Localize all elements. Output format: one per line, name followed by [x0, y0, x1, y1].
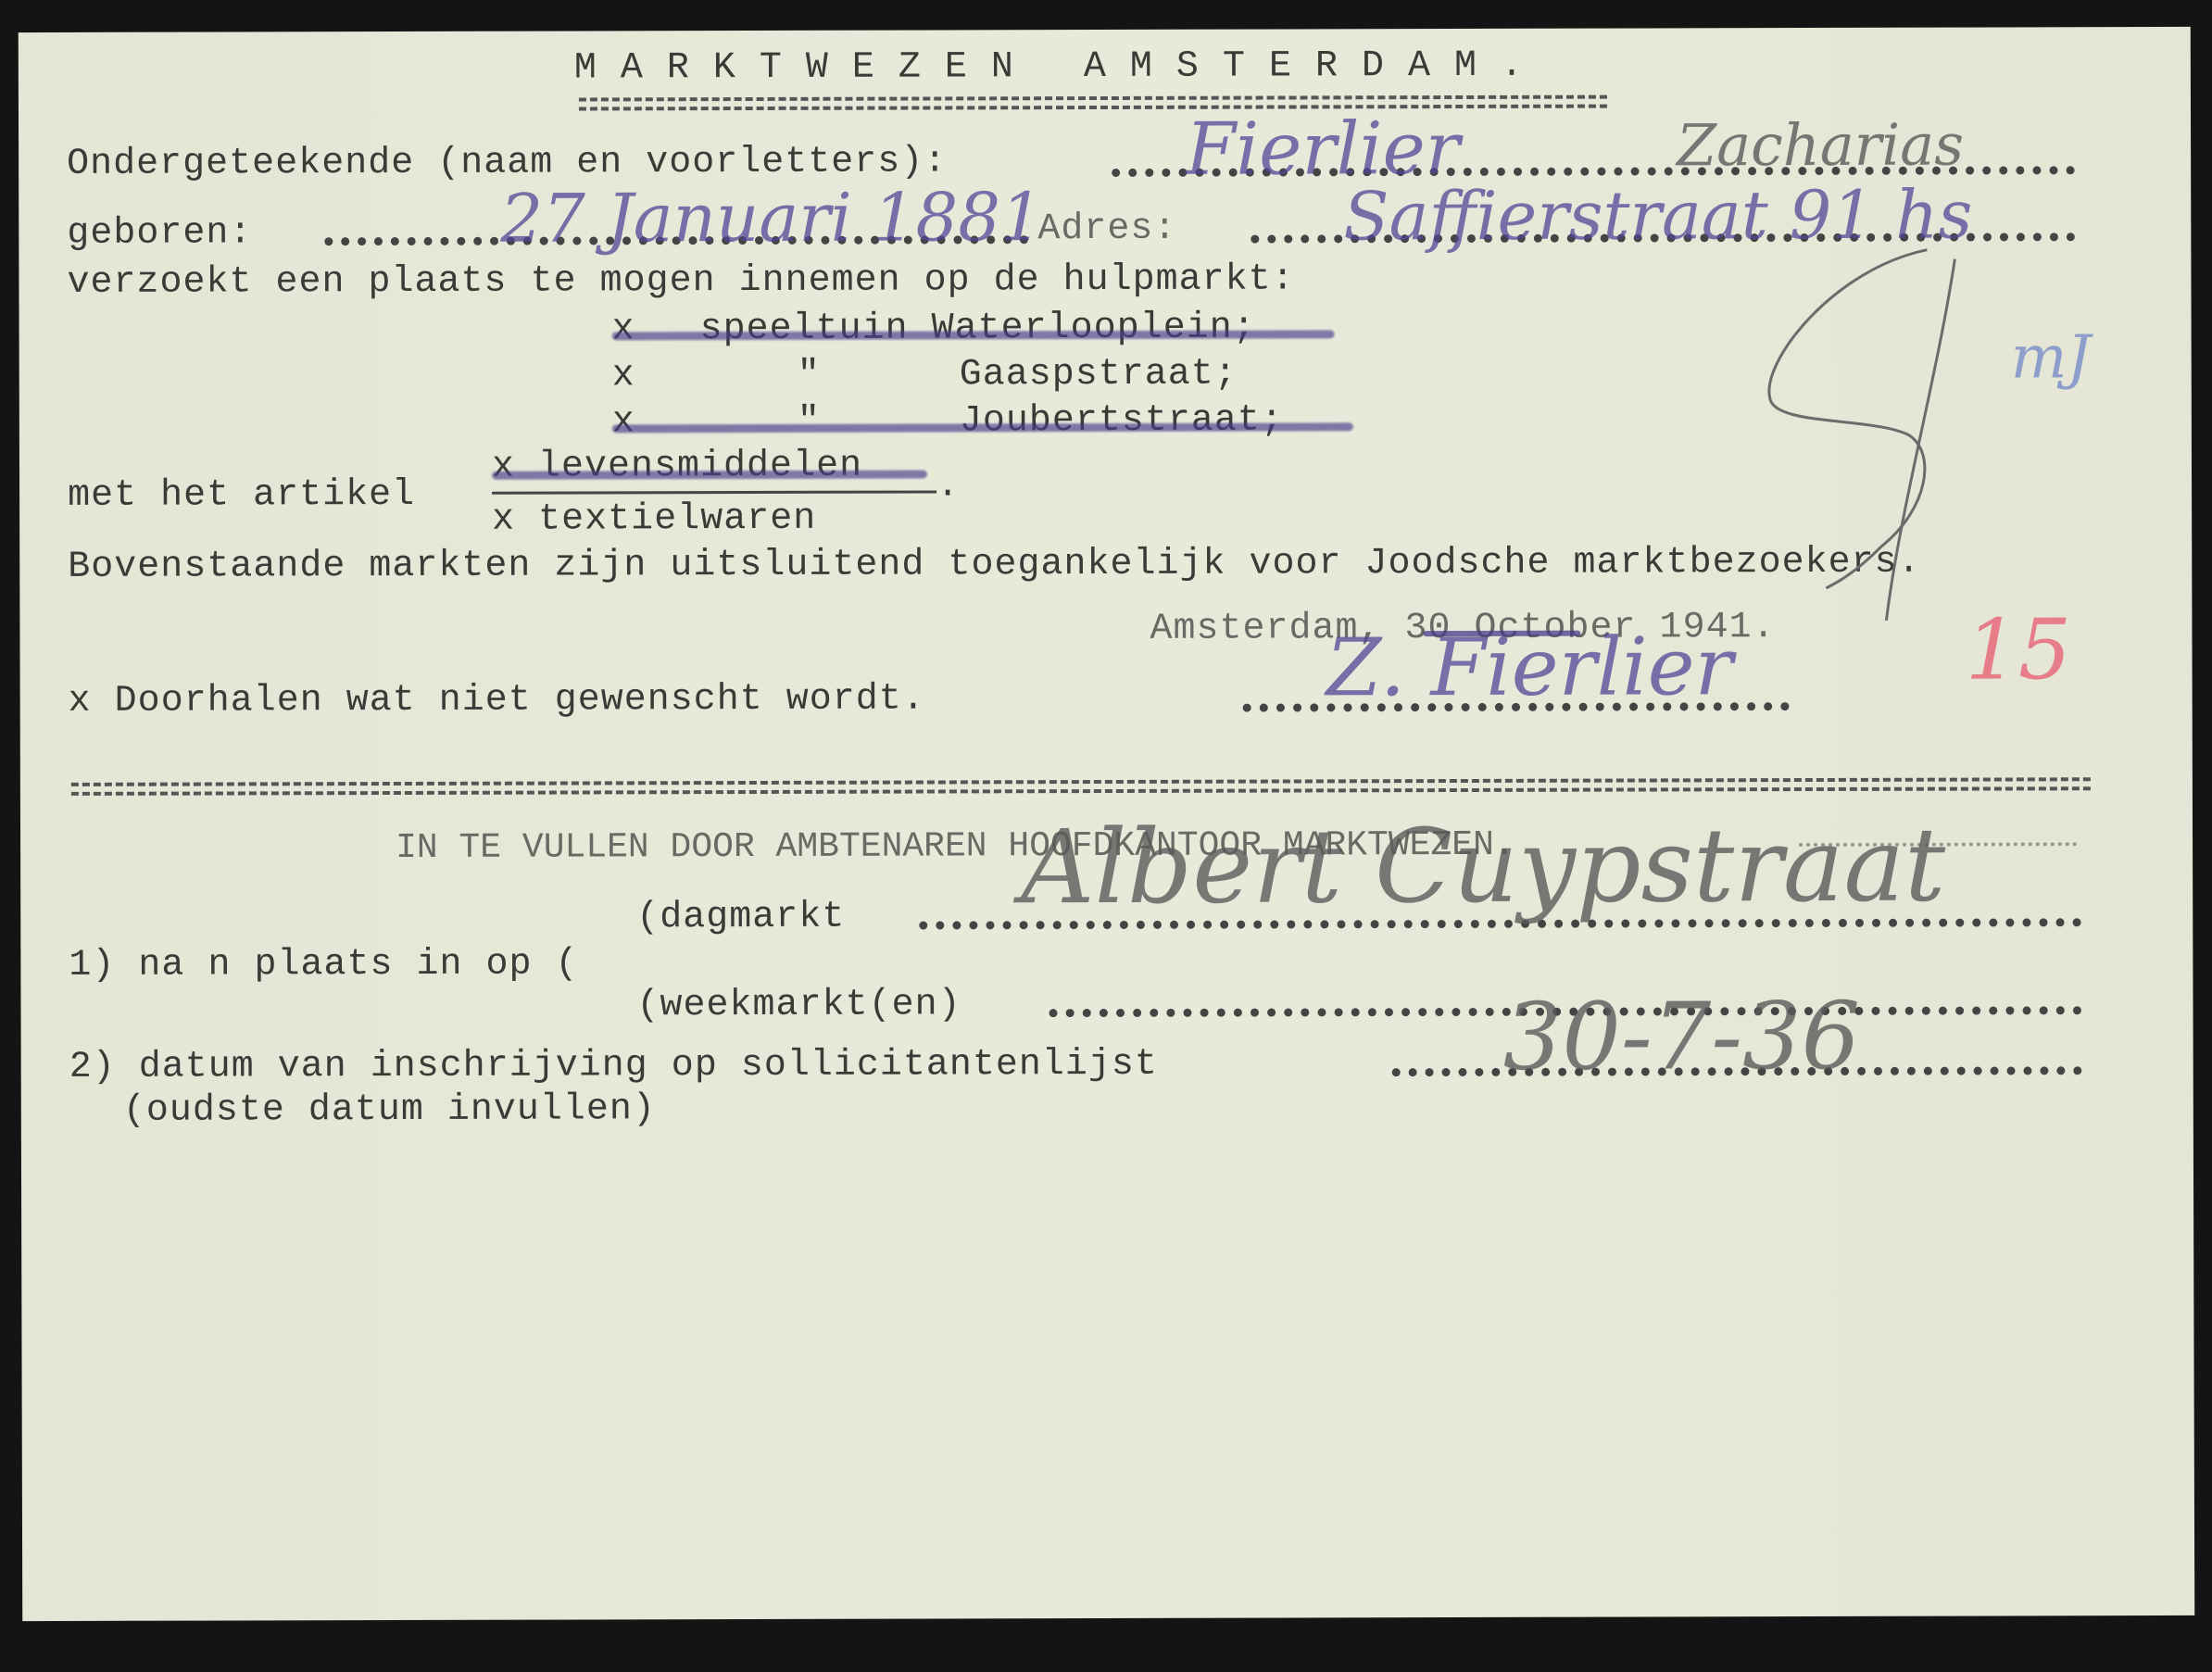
q2-sub: (oudste datum invullen): [123, 1088, 656, 1132]
article-end: .: [936, 465, 960, 507]
signature-handwritten: Z. Fierlier: [1326, 621, 1732, 714]
article-1: x levensmiddelen: [492, 446, 862, 488]
q2-value-handwritten: 30-7-36: [1502, 982, 1860, 1091]
market-2-mark: x: [612, 355, 635, 396]
strike-note: x Doorhalen wat niet gewenscht wordt.: [69, 679, 925, 723]
market-3-ditto: ": [798, 401, 821, 443]
market-3-label: Joubertstraat;: [960, 399, 1284, 442]
page-title: MARKTWEZEN AMSTERDAM.: [574, 45, 1547, 90]
born-label: geboren:: [67, 212, 252, 255]
article-1-strikethrough: [492, 471, 927, 480]
name-firstname-handwritten: Zacharias: [1677, 111, 1964, 180]
request-line: verzoekt een plaats te mogen innemen op …: [67, 258, 1294, 303]
born-value-handwritten: 27 Januari 1881: [500, 178, 1043, 258]
article-fraction-line: [492, 490, 936, 494]
q1-option-day: (dagmarkt: [636, 897, 845, 939]
market-3-mark: x: [612, 401, 635, 443]
form-card: MARKTWEZEN AMSTERDAM. Ondergeteekende (n…: [19, 27, 2194, 1621]
market-1-mark: x: [612, 308, 635, 350]
red-annotation: 15: [1965, 601, 2071, 698]
q1-label: 1) na n plaats in op (: [69, 943, 578, 986]
market-2-ditto: ": [798, 355, 821, 396]
section-divider: [71, 777, 2091, 796]
market-2-label: Gaaspstraat;: [960, 354, 1238, 396]
article-label: met het artikel: [68, 474, 415, 517]
address-value-handwritten: Saffierstraat 91 hs: [1343, 176, 1972, 256]
notice-text: Bovenstaande markten zijn uitsluitend to…: [68, 542, 1920, 588]
article-2: x textielwaren: [492, 498, 816, 541]
markets-list: x speeltuin Waterlooplein; x " Gaaspstra…: [19, 27, 2191, 32]
blue-initials-annotation: mJ: [2011, 323, 2092, 392]
q1-value-handwritten: Albert Cuypstraat: [1021, 806, 1945, 927]
market-1-label: speeltuin Waterlooplein;: [700, 308, 1256, 351]
q2-label: 2) datum van inschrijving op sollicitant…: [69, 1044, 1158, 1088]
q1-option-week: (weekmarkt(en): [636, 984, 961, 1026]
address-label: Adres:: [1037, 208, 1176, 250]
